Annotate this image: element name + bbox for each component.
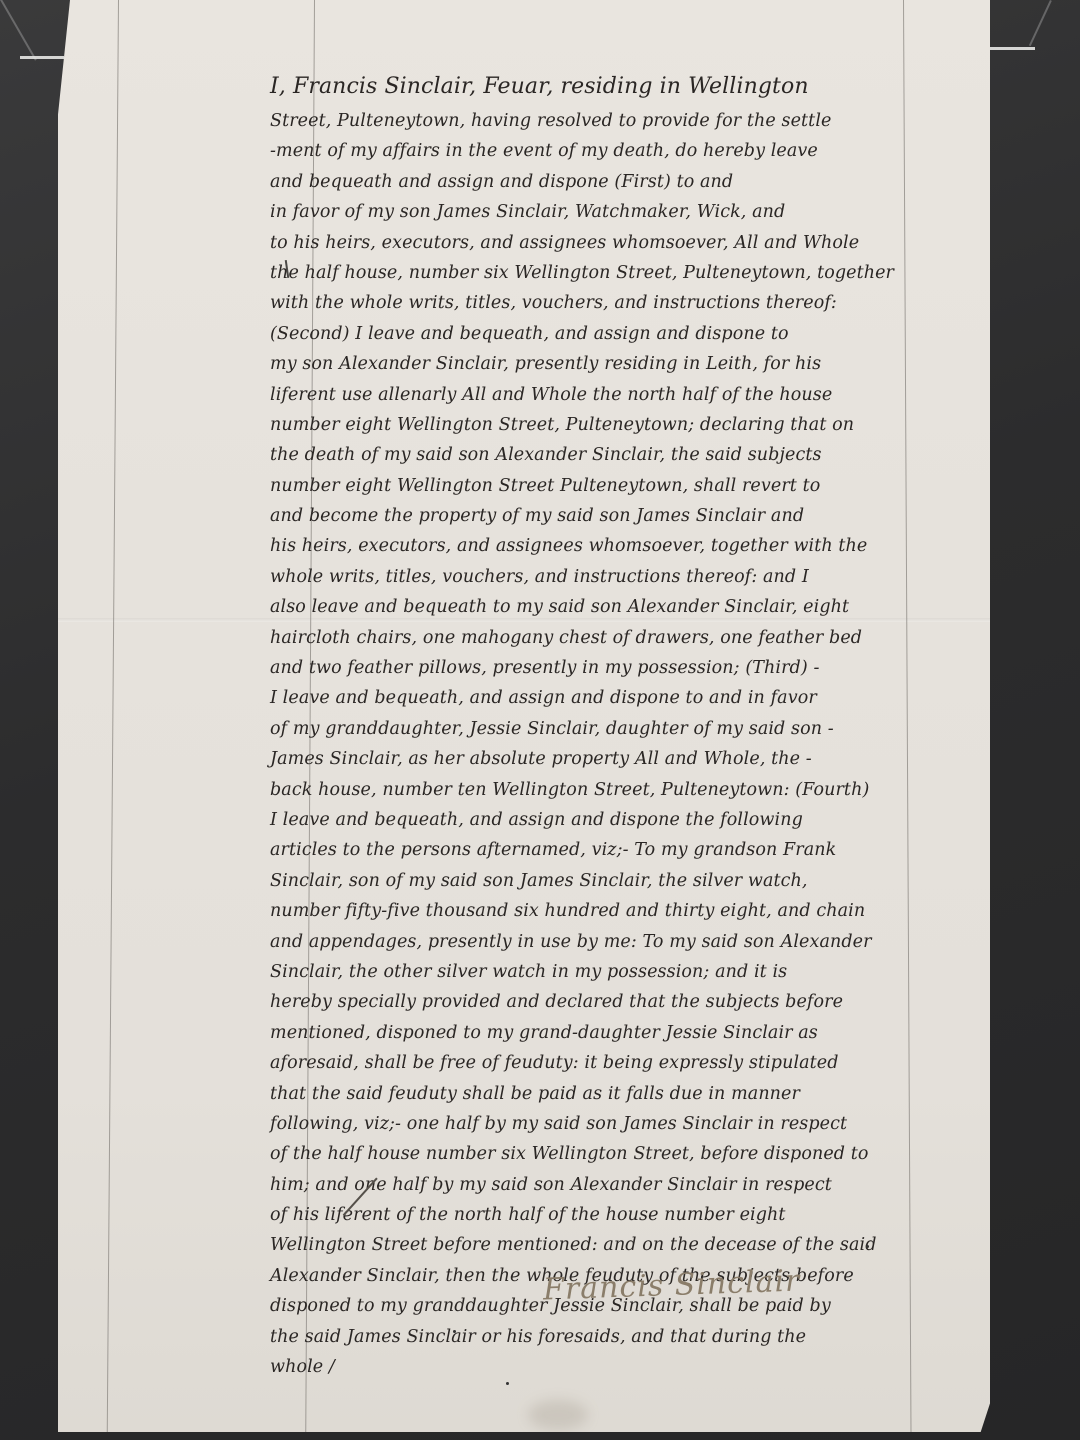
text-line: I leave and bequeath, and assign and dis… bbox=[270, 683, 960, 713]
text-line: James Sinclair, as her absolute property… bbox=[270, 744, 960, 774]
text-line: and two feather pillows, presently in my… bbox=[270, 653, 960, 683]
text-line: -ment of my affairs in the event of my d… bbox=[270, 136, 960, 166]
text-line: Sinclair, son of my said son James Sincl… bbox=[270, 866, 960, 896]
text-line: that the said feuduty shall be paid as i… bbox=[270, 1079, 960, 1109]
text-line: Wellington Street before mentioned: and … bbox=[270, 1230, 960, 1260]
text-line: the death of my said son Alexander Sincl… bbox=[270, 440, 960, 470]
text-line: (Second) I leave and bequeath, and assig… bbox=[270, 319, 960, 349]
text-line: in favor of my son James Sinclair, Watch… bbox=[270, 197, 960, 227]
text-line: to his heirs, executors, and assignees w… bbox=[270, 228, 960, 258]
text-line: following, viz;- one half by my said son… bbox=[270, 1109, 960, 1139]
text-line: number eight Wellington Street, Pulteney… bbox=[270, 410, 960, 440]
text-line: and appendages, presently in use by me: … bbox=[270, 927, 960, 957]
margin-rule-outer bbox=[107, 0, 119, 1432]
text-line: of my granddaughter, Jessie Sinclair, da… bbox=[270, 714, 960, 744]
glass-edge-highlight bbox=[20, 56, 64, 59]
text-line: whole writs, titles, vouchers, and instr… bbox=[270, 562, 960, 592]
text-line: the said James Sinclair or his foresaids… bbox=[270, 1322, 960, 1352]
text-line: haircloth chairs, one mahogany chest of … bbox=[270, 623, 960, 653]
text-line: him; and one half by my said son Alexand… bbox=[270, 1170, 960, 1200]
text-line: and become the property of my said son J… bbox=[270, 501, 960, 531]
text-line: I leave and bequeath, and assign and dis… bbox=[270, 805, 960, 835]
text-line: number fifty-five thousand six hundred a… bbox=[270, 896, 960, 926]
paper-stain bbox=[528, 1400, 588, 1430]
text-line: also leave and bequeath to my said son A… bbox=[270, 592, 960, 622]
text-line: Sinclair, the other silver watch in my p… bbox=[270, 957, 960, 987]
ink-speck bbox=[506, 1382, 509, 1385]
ink-speck bbox=[453, 1330, 456, 1333]
text-line: hereby specially provided and declared t… bbox=[270, 987, 960, 1017]
will-text: I, Francis Sinclair, Feuar, residing in … bbox=[270, 68, 960, 1382]
text-line: with the whole writs, titles, vouchers, … bbox=[270, 288, 960, 318]
text-line: back house, number ten Wellington Street… bbox=[270, 775, 960, 805]
text-line: his heirs, executors, and assignees whom… bbox=[270, 531, 960, 561]
text-line: of the half house number six Wellington … bbox=[270, 1139, 960, 1169]
text-line: liferent use allenarly All and Whole the… bbox=[270, 380, 960, 410]
ink-speck bbox=[866, 1245, 869, 1248]
text-line: Street, Pulteneytown, having resolved to… bbox=[270, 106, 960, 136]
text-line: and bequeath and assign and dispone (Fir… bbox=[270, 167, 960, 197]
text-line: whole / bbox=[270, 1352, 960, 1382]
text-line: articles to the persons afternamed, viz;… bbox=[270, 835, 960, 865]
text-line: the half house, number six Wellington St… bbox=[270, 258, 960, 288]
text-line: of his liferent of the north half of the… bbox=[270, 1200, 960, 1230]
document-page: I, Francis Sinclair, Feuar, residing in … bbox=[58, 0, 990, 1432]
text-line: my son Alexander Sinclair, presently res… bbox=[270, 349, 960, 379]
text-line: mentioned, disponed to my grand-daughter… bbox=[270, 1018, 960, 1048]
text-line: aforesaid, shall be free of feuduty: it … bbox=[270, 1048, 960, 1078]
text-line: number eight Wellington Street Pulteneyt… bbox=[270, 471, 960, 501]
text-line: I, Francis Sinclair, Feuar, residing in … bbox=[270, 68, 960, 106]
